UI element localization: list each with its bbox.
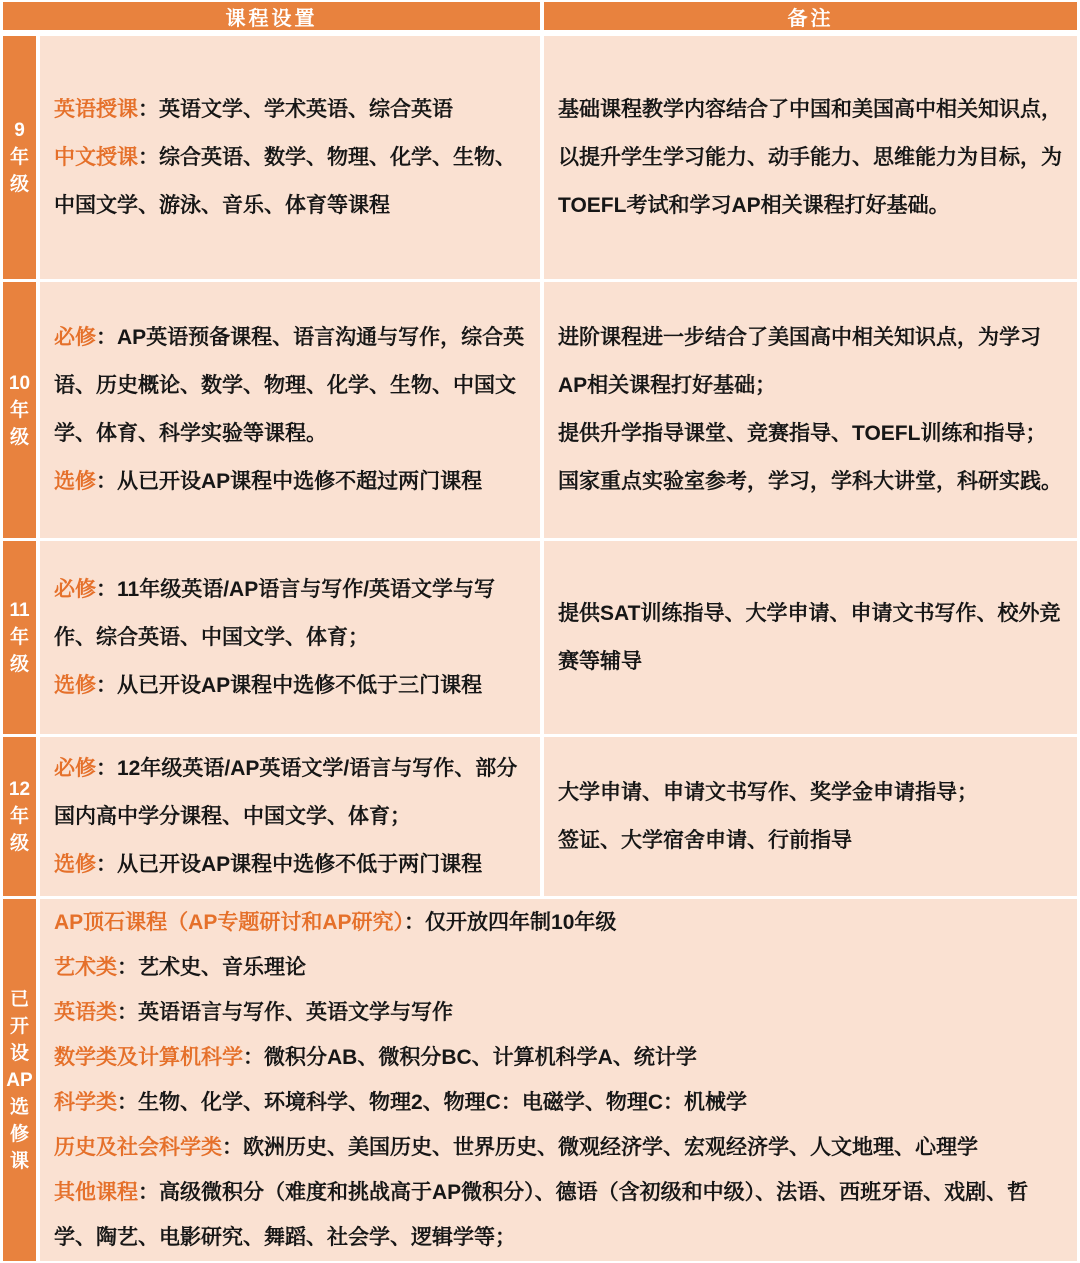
- note-paragraph: 国家重点实验室参考，学习，学科大讲堂，科研实践。: [558, 458, 1067, 506]
- ap-electives-label: 已 开 设 AP 选 修 课: [3, 899, 36, 1261]
- course-line: 选修：从已开设AP课程中选修不低于两门课程: [54, 841, 530, 889]
- course-label: 英语授课: [54, 98, 138, 121]
- grade-char: 年: [10, 803, 29, 830]
- grade-12-courses-cell: 必修：12年级英语/AP英语文学/语言与写作、部分国内高中学分课程、中国文学、体…: [40, 737, 540, 896]
- grade-char: 级: [10, 424, 29, 451]
- curriculum-table: 课程设置 备注 9 年 级 英语授课：英语文学、学术英语、综合英语 中文授课：综…: [0, 0, 1080, 1263]
- ap-category-text: ：英语语言与写作、英语文学与写作: [117, 1001, 453, 1024]
- ap-category-text: ：仅开放四年制10年级: [404, 911, 616, 934]
- grade-char: 年: [10, 397, 29, 424]
- course-label: 选修: [54, 470, 96, 493]
- ap-category-line: 其他课程：高级微积分（难度和挑战高于AP微积分）、德语（含初级和中级）、法语、西…: [54, 1170, 1067, 1260]
- ap-category-line: 历史及社会科学类：欧洲历史、美国历史、世界历史、微观经济学、宏观经济学、人文地理…: [54, 1125, 1067, 1170]
- grade-char: 修: [10, 1121, 29, 1148]
- grade-12-label: 12 年 级: [3, 737, 36, 896]
- grade-char: 10: [9, 370, 30, 397]
- grade-10-notes-cell: 进阶课程进一步结合了美国高中相关知识点，为学习AP相关课程打好基础； 提供升学指…: [544, 282, 1077, 538]
- ap-category-label: 数学类及计算机科学: [54, 1046, 243, 1069]
- note-paragraph: 提供SAT训练指导、大学申请、申请文书写作、校外竞赛等辅导: [558, 590, 1067, 686]
- grade-11-courses-cell: 必修：11年级英语/AP语言与写作/英语文学与写作、综合英语、中国文学、体育； …: [40, 541, 540, 734]
- course-line: 必修：AP英语预备课程、语言沟通与写作，综合英语、历史概论、数学、物理、化学、生…: [54, 314, 530, 458]
- grade-11-notes-cell: 提供SAT训练指导、大学申请、申请文书写作、校外竞赛等辅导: [544, 541, 1077, 734]
- course-line: 选修：从已开设AP课程中选修不低于三门课程: [54, 662, 530, 710]
- table-row-grade-10: 10 年 级 必修：AP英语预备课程、语言沟通与写作，综合英语、历史概论、数学、…: [3, 282, 1077, 538]
- table-row-grade-9: 9 年 级 英语授课：英语文学、学术英语、综合英语 中文授课：综合英语、数学、物…: [3, 36, 1077, 279]
- ap-category-label: AP顶石课程（AP专题研讨和AP研究）: [54, 911, 404, 934]
- grade-char: AP: [6, 1067, 32, 1094]
- course-text: ：从已开设AP课程中选修不超过两门课程: [96, 470, 482, 493]
- grade-9-notes-cell: 基础课程教学内容结合了中国和美国高中相关知识点，以提升学生学习能力、动手能力、思…: [544, 36, 1077, 279]
- grade-char: 开: [10, 1013, 29, 1040]
- course-text: ：12年级英语/AP英语文学/语言与写作、部分国内高中学分课程、中国文学、体育；: [54, 757, 517, 828]
- note-paragraph: 基础课程教学内容结合了中国和美国高中相关知识点，以提升学生学习能力、动手能力、思…: [558, 86, 1067, 230]
- course-label: 必修: [54, 757, 96, 780]
- grade-char: 课: [10, 1148, 29, 1175]
- grade-9-courses-cell: 英语授课：英语文学、学术英语、综合英语 中文授课：综合英语、数学、物理、化学、生…: [40, 36, 540, 279]
- course-text: ：11年级英语/AP语言与写作/英语文学与写作、综合英语、中国文学、体育；: [54, 578, 495, 649]
- ap-category-line: 数学类及计算机科学：微积分AB、微积分BC、计算机科学A、统计学: [54, 1035, 1067, 1080]
- note-paragraph: 签证、大学宿舍申请、行前指导: [558, 817, 1067, 865]
- header-notes: 备注: [544, 2, 1077, 30]
- grade-char: 年: [10, 624, 29, 651]
- ap-category-text: ：欧洲历史、美国历史、世界历史、微观经济学、宏观经济学、人文地理、心理学: [222, 1136, 978, 1159]
- ap-category-text: ：高级微积分（难度和挑战高于AP微积分）、德语（含初级和中级）、法语、西班牙语、…: [54, 1181, 1028, 1249]
- ap-category-text: ：艺术史、音乐理论: [117, 956, 306, 979]
- course-label: 必修: [54, 326, 96, 349]
- course-line: 选修：从已开设AP课程中选修不超过两门课程: [54, 458, 530, 506]
- grade-11-label: 11 年 级: [3, 541, 36, 734]
- course-label: 选修: [54, 853, 96, 876]
- grade-char: 选: [10, 1094, 29, 1121]
- grade-char: 9: [14, 117, 25, 144]
- grade-10-courses-cell: 必修：AP英语预备课程、语言沟通与写作，综合英语、历史概论、数学、物理、化学、生…: [40, 282, 540, 538]
- course-line: 必修：12年级英语/AP英语文学/语言与写作、部分国内高中学分课程、中国文学、体…: [54, 745, 530, 841]
- table-row-grade-11: 11 年 级 必修：11年级英语/AP语言与写作/英语文学与写作、综合英语、中国…: [3, 541, 1077, 734]
- course-label: 中文授课: [54, 146, 138, 169]
- ap-category-label: 英语类: [54, 1001, 117, 1024]
- ap-category-label: 艺术类: [54, 956, 117, 979]
- header-course-settings: 课程设置: [3, 2, 540, 30]
- grade-char: 级: [10, 830, 29, 857]
- table-row-ap-electives: 已 开 设 AP 选 修 课 AP顶石课程（AP专题研讨和AP研究）：仅开放四年…: [3, 899, 1077, 1261]
- grade-char: 已: [10, 986, 29, 1013]
- course-label: 必修: [54, 578, 96, 601]
- course-label: 选修: [54, 674, 96, 697]
- ap-category-line: 艺术类：艺术史、音乐理论: [54, 945, 1067, 990]
- grade-9-label: 9 年 级: [3, 36, 36, 279]
- ap-category-label: 历史及社会科学类: [54, 1136, 222, 1159]
- grade-12-notes-cell: 大学申请、申请文书写作、奖学金申请指导； 签证、大学宿舍申请、行前指导: [544, 737, 1077, 896]
- ap-category-text: ：生物、化学、环境科学、物理2、物理C：电磁学、物理C：机械学: [117, 1091, 747, 1114]
- ap-category-text: ：微积分AB、微积分BC、计算机科学A、统计学: [243, 1046, 697, 1069]
- course-line: 英语授课：英语文学、学术英语、综合英语: [54, 86, 530, 134]
- note-paragraph: 进阶课程进一步结合了美国高中相关知识点，为学习AP相关课程打好基础；: [558, 314, 1067, 410]
- ap-category-line: 英语类：英语语言与写作、英语文学与写作: [54, 990, 1067, 1035]
- ap-category-label: 其他课程: [54, 1181, 138, 1204]
- table-header-row: 课程设置 备注: [3, 2, 1077, 30]
- course-text: ：从已开设AP课程中选修不低于两门课程: [96, 853, 482, 876]
- ap-category-label: 科学类: [54, 1091, 117, 1114]
- grade-10-label: 10 年 级: [3, 282, 36, 538]
- course-line: 必修：11年级英语/AP语言与写作/英语文学与写作、综合英语、中国文学、体育；: [54, 566, 530, 662]
- grade-char: 设: [10, 1040, 29, 1067]
- course-line: 中文授课：综合英语、数学、物理、化学、生物、中国文学、游泳、音乐、体育等课程: [54, 134, 530, 230]
- ap-category-line: AP顶石课程（AP专题研讨和AP研究）：仅开放四年制10年级: [54, 900, 1067, 945]
- grade-char: 年: [10, 144, 29, 171]
- grade-char: 级: [10, 171, 29, 198]
- course-text: ：从已开设AP课程中选修不低于三门课程: [96, 674, 482, 697]
- grade-char: 12: [9, 776, 30, 803]
- grade-char: 11: [9, 597, 29, 624]
- note-paragraph: 大学申请、申请文书写作、奖学金申请指导；: [558, 769, 1067, 817]
- ap-electives-content-cell: AP顶石课程（AP专题研讨和AP研究）：仅开放四年制10年级 艺术类：艺术史、音…: [40, 899, 1077, 1261]
- ap-category-line: 科学类：生物、化学、环境科学、物理2、物理C：电磁学、物理C：机械学: [54, 1080, 1067, 1125]
- table-row-grade-12: 12 年 级 必修：12年级英语/AP英语文学/语言与写作、部分国内高中学分课程…: [3, 737, 1077, 896]
- course-text: ：AP英语预备课程、语言沟通与写作，综合英语、历史概论、数学、物理、化学、生物、…: [54, 326, 524, 445]
- grade-char: 级: [10, 651, 29, 678]
- course-text: ：英语文学、学术英语、综合英语: [138, 98, 453, 121]
- note-paragraph: 提供升学指导课堂、竞赛指导、TOEFL训练和指导；: [558, 410, 1067, 458]
